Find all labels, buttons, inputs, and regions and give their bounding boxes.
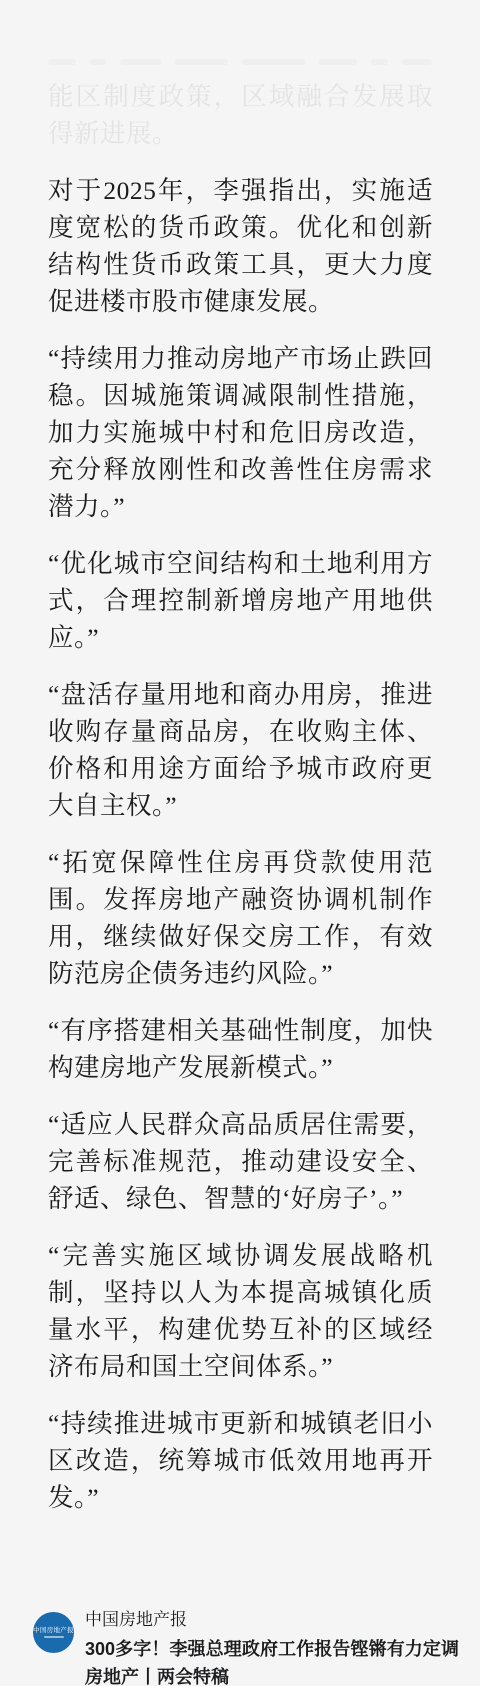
article-paragraph: “持续推进城市更新和城镇老旧小区改造，统筹城市低效用地再开发。” [48, 1405, 433, 1516]
article-paragraph: “优化城市空间结构和土地利用方式，合理控制新增房地产用地供应。” [48, 545, 433, 656]
source-card[interactable]: 中国房地产报 中国房地产报 300多字！李强总理政府工作报告铿锵有力定调房地产丨… [33, 1607, 457, 1686]
faded-previous-paragraph: 能区制度政策，区域融合发展取得新进展。 [48, 78, 433, 152]
source-card-texts: 中国房地产报 300多字！李强总理政府工作报告铿锵有力定调房地产丨两会特稿 [85, 1607, 457, 1686]
article-paragraph: “盘活存量用地和商办用房，推进收购存量商品房，在收购主体、价格和用途方面给予城市… [48, 676, 433, 824]
article-paragraph: “完善实施区域协调发展战略机制，坚持以人为本提高城镇化质量水平，构建优势互补的区… [48, 1237, 433, 1385]
publisher-name: 中国房地产报 [85, 1607, 457, 1633]
publisher-logo-subline [44, 1636, 64, 1638]
article-card-title: 300多字！李强总理政府工作报告铿锵有力定调房地产丨两会特稿 [85, 1635, 459, 1686]
article-body: 能区制度政策，区域融合发展取得新进展。 对于2025年，李强指出，实施适度宽松的… [0, 78, 480, 1516]
article-paragraph: “持续用力推动房地产市场止跌回稳。因城施策调减限制性措施，加力实施城中村和危旧房… [48, 340, 433, 525]
publisher-logo: 中国房地产报 [33, 1612, 74, 1653]
faded-cutoff-line [48, 57, 432, 65]
article-paragraph: “适应人民群众高品质居住需要，完善标准规范，推动建设安全、舒适、绿色、智慧的‘好… [48, 1106, 433, 1217]
article-paragraph: “有序搭建相关基础性制度，加快构建房地产发展新模式。” [48, 1012, 433, 1086]
article-paragraph: “拓宽保障性住房再贷款使用范围。发挥房地产融资协调机制作用，继续做好保交房工作，… [48, 844, 433, 992]
article-paragraph: 对于2025年，李强指出，实施适度宽松的货币政策。优化和创新结构性货币政策工具，… [48, 172, 433, 320]
article-page: 能区制度政策，区域融合发展取得新进展。 对于2025年，李强指出，实施适度宽松的… [0, 0, 480, 1686]
publisher-logo-text: 中国房地产报 [33, 1627, 74, 1634]
